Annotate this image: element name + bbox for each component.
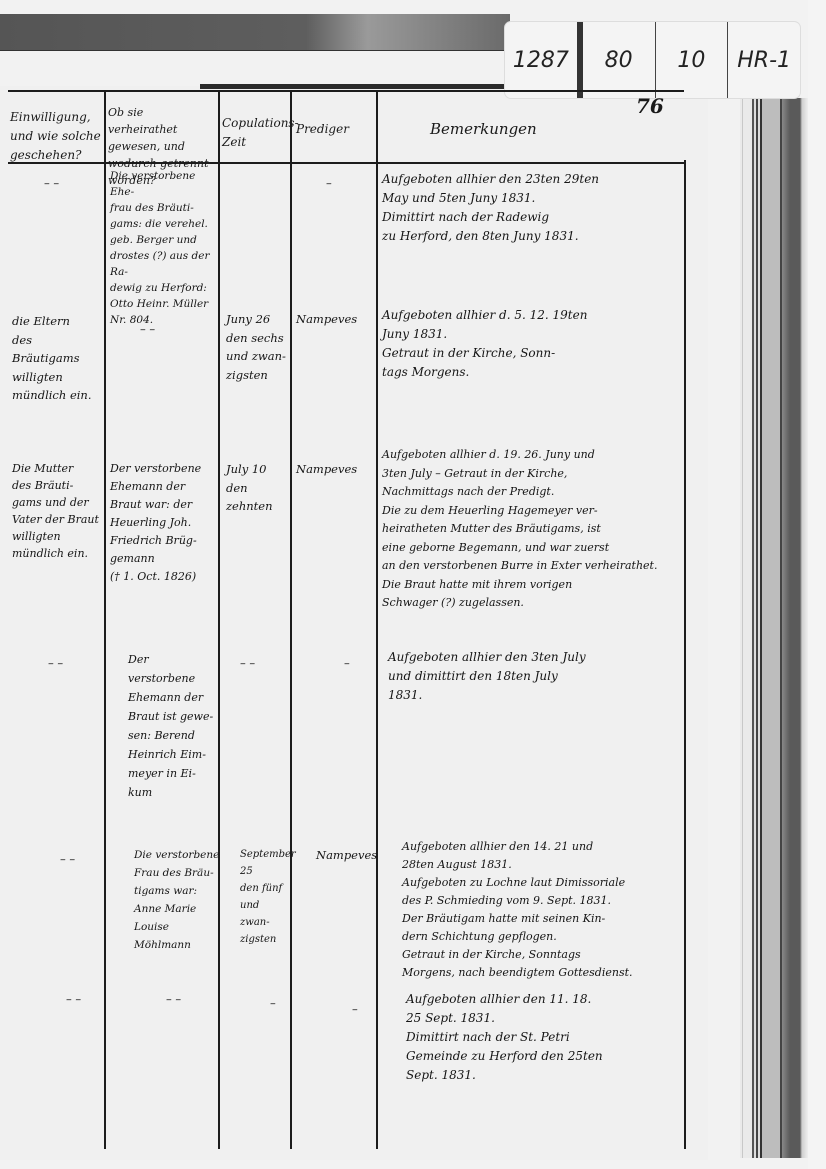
header-wedding-date: Copulations-Zeit [222, 114, 288, 152]
entry-6-remarks: Aufgeboten allhier den 11. 18. 25 Sept. … [406, 990, 684, 1085]
entry-6-preacher: – [352, 1000, 372, 1019]
book-spine-edges [740, 98, 808, 1158]
entry-4-consent: – – [48, 654, 102, 673]
entry-6-wedding-date: – [270, 994, 290, 1013]
table-right-border [684, 160, 686, 1149]
entry-5-preacher: Nampeves [316, 846, 386, 865]
entry-4-previous-marriage: Der verstorbene Ehemann der Braut ist ge… [128, 650, 218, 802]
scan-margin [808, 0, 826, 1169]
entry-1-previous-marriage: Die verstorbene Ehe- frau des Bräuti- ga… [110, 168, 216, 328]
entry-5-previous-marriage: Die verstorbene Frau des Bräu- tigams wa… [134, 846, 224, 954]
entry-6-previous-marriage: – – [166, 990, 226, 1009]
entry-4-preacher: – [344, 654, 374, 673]
entry-6-consent: – – [66, 990, 106, 1009]
entry-2-remarks: Aufgeboten allhier d. 5. 12. 19ten Juny … [382, 306, 682, 382]
entry-2-wedding-date: Juny 26 den sechs und zwan- zigsten [226, 310, 288, 384]
entry-2-previous-marriage: – – [140, 320, 210, 339]
entry-5-remarks: Aufgeboten allhier den 14. 21 und 28ten … [402, 838, 684, 982]
table-top-border [8, 90, 684, 92]
entry-2-consent: die Eltern des Bräutigams willigten münd… [12, 312, 102, 405]
archive-image-number: 10 [656, 22, 729, 98]
entry-5-consent: – – [60, 850, 104, 869]
page-number: 76 [636, 94, 664, 118]
header-consent: Einwilligung, und wie solche geschehen? [10, 108, 102, 165]
header-preacher: Prediger [296, 120, 372, 139]
entry-3-previous-marriage: Der verstorbene Ehemann der Braut war: d… [110, 460, 216, 586]
archive-signature-number: 1287 [505, 22, 583, 98]
archive-volume-number: 80 [583, 22, 656, 98]
archive-reference-label: 1287 80 10 HR-1 [505, 22, 800, 98]
header-remarks: Bemerkungen [430, 120, 630, 139]
column-divider-3 [290, 90, 292, 1149]
entry-3-consent: Die Mutter des Bräuti- gams und der Vate… [12, 460, 102, 562]
entry-3-preacher: Nampeves [296, 460, 376, 479]
entry-4-remarks: Aufgeboten allhier den 3ten July und dim… [388, 648, 684, 705]
entry-3-remarks: Aufgeboten allhier d. 19. 26. Juny und 3… [382, 446, 682, 613]
scan-shadow-band [0, 14, 510, 51]
entry-2-preacher: Nampeves [296, 310, 376, 329]
entry-3-wedding-date: July 10 den zehnten [226, 460, 288, 516]
entry-1-consent: – – [44, 174, 102, 193]
entry-4-wedding-date: – – [240, 654, 288, 673]
entry-1-preacher: – [326, 174, 366, 193]
entry-1-remarks: Aufgeboten allhier den 23ten 29ten May u… [382, 170, 682, 246]
entry-5-wedding-date: September 25 den fünf und zwan- zigsten [240, 846, 292, 948]
archive-series-code: HR-1 [728, 22, 800, 98]
column-divider-4 [376, 90, 378, 1149]
